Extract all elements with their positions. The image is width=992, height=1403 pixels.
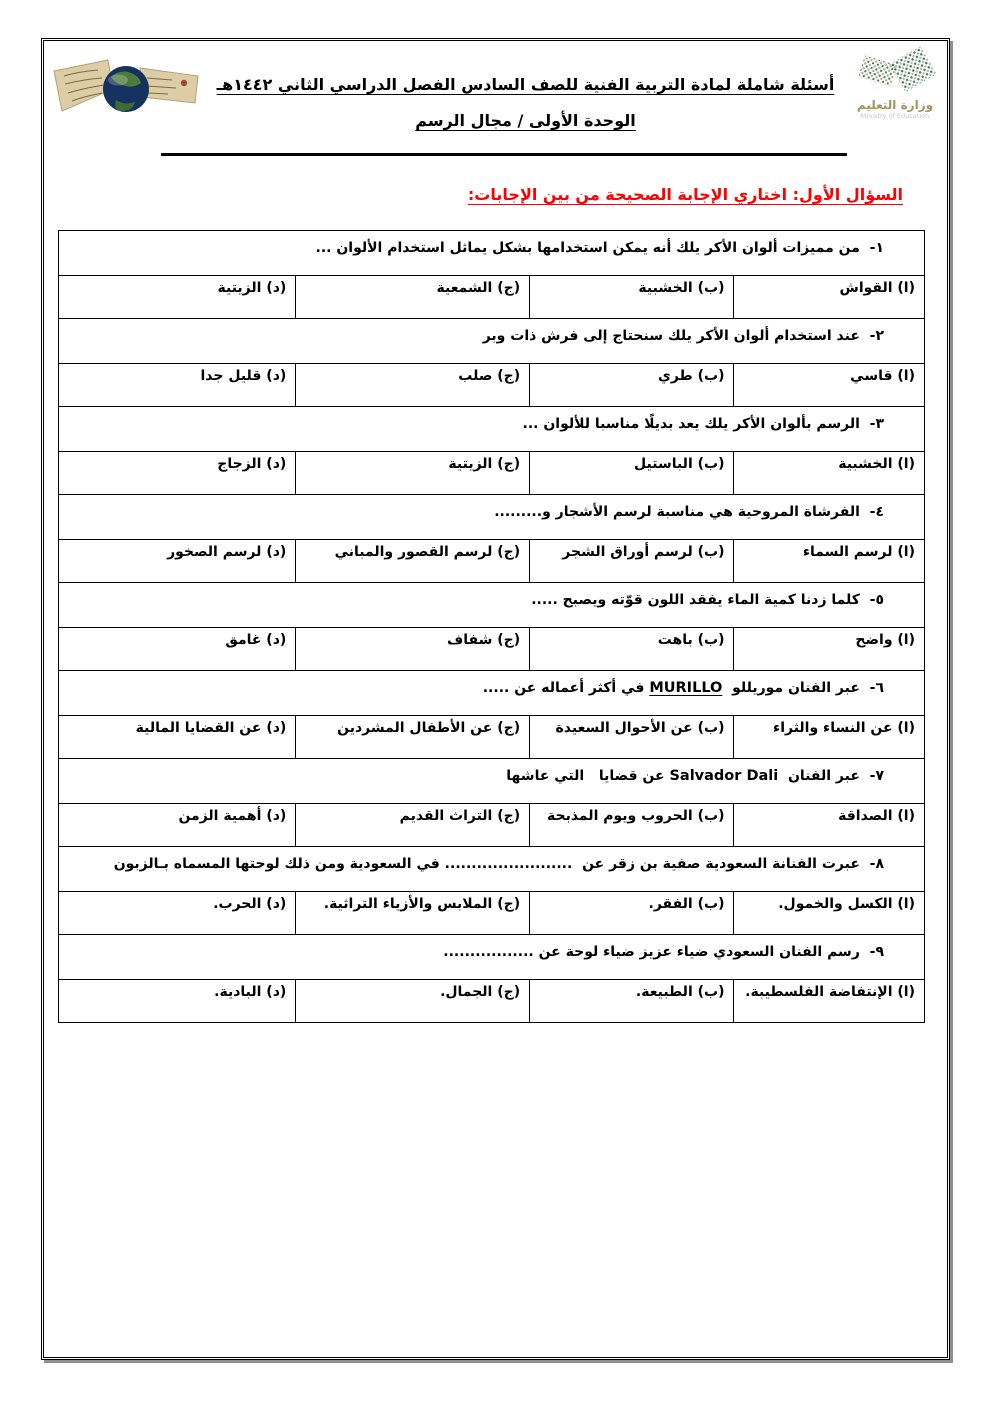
option-cell: (ا) القواش [734, 276, 925, 319]
option-cell: (ج) الملابس والأزياء التراثية. [296, 892, 530, 935]
option-cell: (ب) عن الأحوال السعيدة [530, 716, 734, 759]
question-text: ١- من مميزات ألوان الأكر يلك أنه يمكن اس… [59, 231, 925, 276]
school-logo [50, 49, 202, 133]
exam-page: { "header": { "title": "أسئلة شاملة لماد… [0, 0, 992, 1403]
option-cell: (ا) الخشبية [734, 452, 925, 495]
question-row: ٩- رسم الفنان السعودي ضياء عزيز ضياء لوح… [59, 935, 925, 980]
question-text: ٦- عبر الفنان موريللو MURILLO في أكثر أع… [59, 671, 925, 716]
option-cell: (ب) الباستيل [530, 452, 734, 495]
question-text: ٢- عند استخدام ألوان الأكر يلك سنحتاج إل… [59, 319, 925, 364]
option-cell: (د) أهمية الزمن [59, 804, 296, 847]
option-cell: (ج) لرسم القصور والمباني [296, 540, 530, 583]
question-row: ٥- كلما زدنا كمية الماء يفقد اللون قوّته… [59, 583, 925, 628]
options-row: (ا) الخشبية(ب) الباستيل(ج) الزيتية(د) ال… [59, 452, 925, 495]
moe-wing-right-icon [889, 46, 936, 92]
option-cell: (ب) باهت [530, 628, 734, 671]
question-row: ٨- عبرت الفنانة السعودية صفية بن زقر عن … [59, 847, 925, 892]
option-cell: (ا) واضح [734, 628, 925, 671]
separator-line [161, 153, 847, 156]
question-text: ٥- كلما زدنا كمية الماء يفقد اللون قوّته… [59, 583, 925, 628]
options-row: (ا) عن النساء والثراء(ب) عن الأحوال السع… [59, 716, 925, 759]
option-cell: (د) عن القضايا المالية [59, 716, 296, 759]
option-cell: (د) الزيتية [59, 276, 296, 319]
question-text: ٧- عبر الفنان Salvador Dali عن قضايا الت… [59, 759, 925, 804]
page-frame: وزارة التعليم Ministry of Education أسئل… [41, 38, 950, 1360]
options-row: (ا) الإنتفاضة الفلسطيبة.(ب) الطبيعة.(ج) … [59, 980, 925, 1023]
option-cell: (د) البادية. [59, 980, 296, 1023]
option-cell: (ج) التراث القديم [296, 804, 530, 847]
options-row: (ا) لرسم السماء(ب) لرسم أوراق الشجر(ج) ل… [59, 540, 925, 583]
option-cell: (ج) شفاف [296, 628, 530, 671]
option-cell: (ب) الحروب ويوم المذبحة [530, 804, 734, 847]
option-cell: (ج) الشمعية [296, 276, 530, 319]
option-cell: (د) الزجاج [59, 452, 296, 495]
options-row: (ا) قاسي(ب) طري(ج) صلب(د) قليل جدا [59, 364, 925, 407]
question-row: ٧- عبر الفنان Salvador Dali عن قضايا الت… [59, 759, 925, 804]
question-text: ٣- الرسم بألوان الأكر يلك يعد بديلًا منا… [59, 407, 925, 452]
question-row: ٣- الرسم بألوان الأكر يلك يعد بديلًا منا… [59, 407, 925, 452]
ministry-logo: وزارة التعليم Ministry of Education [849, 49, 941, 120]
option-cell: (ب) الطبيعة. [530, 980, 734, 1023]
option-cell: (د) لرسم الصخور [59, 540, 296, 583]
options-row: (ا) واضح(ب) باهت(ج) شفاف(د) غامق [59, 628, 925, 671]
options-row: (ا) الكسل والخمول.(ب) الفقر.(ج) الملابس … [59, 892, 925, 935]
section-heading: السؤال الأول: اختاري الإجابة الصحيحة من … [50, 185, 941, 204]
option-cell: (ا) لرسم السماء [734, 540, 925, 583]
unit-subtitle: الوحدة الأولى / مجال الرسم [206, 111, 845, 130]
artist-name-latin: Salvador Dali [669, 768, 778, 784]
questions-table: ١- من مميزات ألوان الأكر يلك أنه يمكن اس… [58, 230, 925, 1023]
option-cell: (ب) الخشبية [530, 276, 734, 319]
question-text: ٤- الفرشاة المروحية هي مناسبة لرسم الأشج… [59, 495, 925, 540]
question-text: ٨- عبرت الفنانة السعودية صفية بن زقر عن … [59, 847, 925, 892]
option-cell: (ج) عن الأطفال المشردين [296, 716, 530, 759]
artist-name-latin: MURILLO [649, 680, 722, 696]
header: وزارة التعليم Ministry of Education أسئل… [50, 49, 941, 133]
question-text: ٩- رسم الفنان السعودي ضياء عزيز ضياء لوح… [59, 935, 925, 980]
option-cell: (ب) لرسم أوراق الشجر [530, 540, 734, 583]
page-title: أسئلة شاملة لمادة التربية الفنية للصف ال… [217, 75, 835, 96]
question-row: ١- من مميزات ألوان الأكر يلك أنه يمكن اس… [59, 231, 925, 276]
header-titles: أسئلة شاملة لمادة التربية الفنية للصف ال… [202, 49, 849, 130]
options-row: (ا) القواش(ب) الخشبية(ج) الشمعية(د) الزي… [59, 276, 925, 319]
option-cell: (د) غامق [59, 628, 296, 671]
question-row: ٤- الفرشاة المروحية هي مناسبة لرسم الأشج… [59, 495, 925, 540]
option-cell: (ا) الإنتفاضة الفلسطيبة. [734, 980, 925, 1023]
options-row: (ا) الصداقة(ب) الحروب ويوم المذبحة(ج) ال… [59, 804, 925, 847]
option-cell: (ج) صلب [296, 364, 530, 407]
option-cell: (د) الحرب. [59, 892, 296, 935]
ministry-logo-arabic: وزارة التعليم [849, 98, 941, 112]
option-cell: (ا) عن النساء والثراء [734, 716, 925, 759]
option-cell: (ا) الكسل والخمول. [734, 892, 925, 935]
option-cell: (ا) قاسي [734, 364, 925, 407]
option-cell: (ج) الجمال. [296, 980, 530, 1023]
globe-with-paper-banners-icon [50, 55, 202, 129]
option-cell: (ج) الزيتية [296, 452, 530, 495]
moe-wing-left-icon [859, 56, 898, 87]
question-row: ٢- عند استخدام ألوان الأكر يلك سنحتاج إل… [59, 319, 925, 364]
question-row: ٦- عبر الفنان موريللو MURILLO في أكثر أع… [59, 671, 925, 716]
option-cell: (ب) طري [530, 364, 734, 407]
ministry-logo-english: Ministry of Education [849, 112, 941, 120]
option-cell: (ب) الفقر. [530, 892, 734, 935]
option-cell: (ا) الصداقة [734, 804, 925, 847]
moe-palm-dots-icon [853, 51, 937, 95]
option-cell: (د) قليل جدا [59, 364, 296, 407]
